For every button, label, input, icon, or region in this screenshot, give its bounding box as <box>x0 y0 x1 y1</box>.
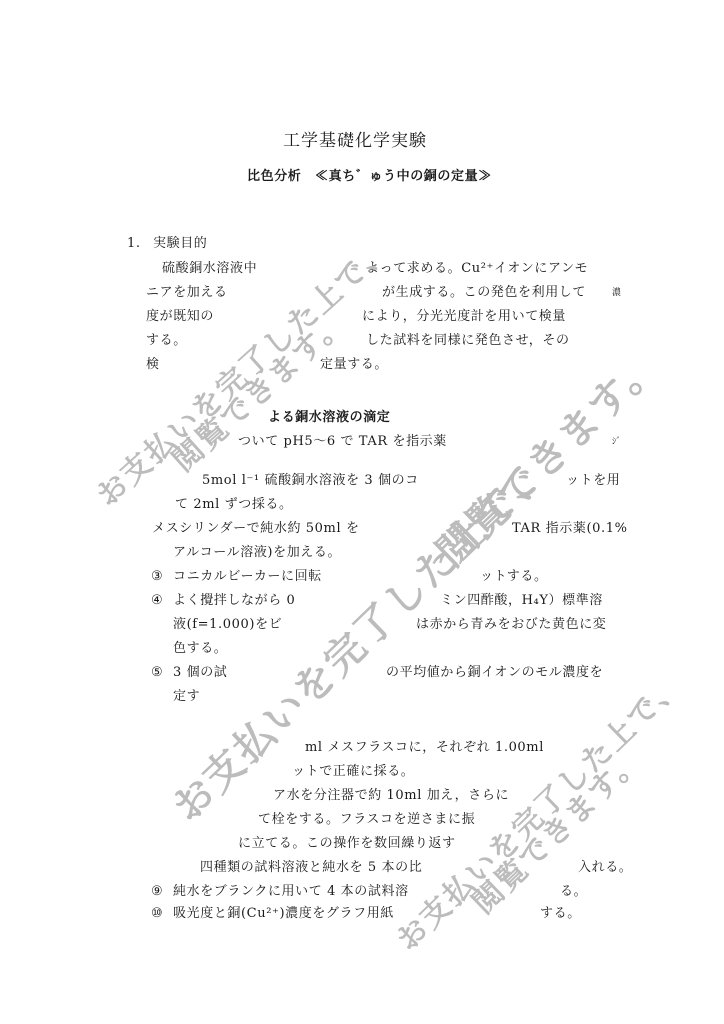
section1-text: 濃 <box>612 285 622 301</box>
page-title: 工学基礎化学実験 <box>283 133 427 149</box>
step-10-text: する。 <box>540 906 581 922</box>
section1-text: 検 <box>146 357 160 373</box>
section1-number: 1. <box>127 236 141 252</box>
step-3-marker: ③ <box>151 569 163 585</box>
section3-text: ml メスフラスコに，それぞれ 1.00ml <box>305 740 544 756</box>
step-4-text: ミン四酢酸，H₄Y）標準溶 <box>440 593 603 609</box>
section1-text: 定量する。 <box>320 357 388 373</box>
section2-heading: よる銅水溶液の滴定 <box>268 410 390 426</box>
section1-text: により，分光光度計を用いて検量 <box>362 309 566 325</box>
watermark-line2: 閲覧できます。 <box>430 343 667 574</box>
step-9-text: る。 <box>560 884 587 900</box>
step-5-text: 定す <box>173 689 200 705</box>
section1-text: する。 <box>146 333 187 349</box>
step-3-text: ットする。 <box>480 569 548 585</box>
step-5-marker: ⑤ <box>151 665 163 681</box>
step-1-text: て 2ml ずつ採る。 <box>175 497 293 513</box>
section1-text: 度が既知の <box>146 309 214 325</box>
step-5-text: 3 個の試 <box>173 665 227 681</box>
step-2-text: アルコール溶液)を加える。 <box>173 545 341 561</box>
watermark-line2: 閲覧できます。 <box>468 744 648 920</box>
step-8-text: 入れる。 <box>578 860 632 876</box>
page-subtitle: 比色分析 ≪真ち゛ゅう中の銅の定量≫ <box>247 169 492 185</box>
section1-heading: 実験目的 <box>153 236 207 252</box>
step-2-text: TAR 指示薬(0.1% <box>512 521 628 537</box>
step-4-text: 色する。 <box>173 641 227 657</box>
watermark-line2: 閲覧できます。 <box>168 307 353 478</box>
step-10-text: 吸光度と銅(Cu²⁺)濃度をグラフ用紙 <box>173 906 394 922</box>
section3-text: ットで正確に採る。 <box>292 764 414 780</box>
section1-text: 硫酸銅水溶液中 <box>162 261 257 277</box>
step-5-text: の平均値から銅イオンのモル濃度を <box>386 665 603 681</box>
section1-text: が生成する。この発色を利用して <box>382 285 586 301</box>
section1-text: した試料を同様に発色させ，その <box>366 333 570 349</box>
step-9-marker: ⑨ <box>151 884 163 900</box>
step-10-marker: ⑩ <box>151 906 163 922</box>
step-2-text: メスシリンダーで純水約 50ml を <box>152 521 360 537</box>
document-page: 工学基礎化学実験 比色分析 ≪真ち゛ゅう中の銅の定量≫ 1. 実験目的 硫酸銅水… <box>0 0 724 1024</box>
step-4-text: 液(f=1.000)をビ <box>173 617 282 633</box>
step-3-text: コニカルビーカーに回転 <box>173 569 322 585</box>
step-1-text: ットを用 <box>566 473 620 489</box>
section3-text: に立てる。この操作を数回繰り返す <box>238 836 456 852</box>
section3-text: て栓をする。フラスコを逆さまに振 <box>258 812 475 828</box>
step-4-marker: ④ <box>151 593 163 609</box>
section3-text: ア水を分注器で約 10ml 加え，さらに <box>273 788 509 804</box>
step-9-text: 純水をブランクに用いて 4 本の試料溶 <box>173 884 409 900</box>
step-8-text: 四種類の試料溶液と純水を 5 本の比 <box>200 860 422 876</box>
step-4-text: よく攪拌しながら 0 <box>173 593 295 609</box>
section1-text: ニアを加える <box>146 285 228 301</box>
step-1-text: 5mol l⁻¹ 硫酸銅水溶液を 3 個のコ <box>202 473 419 489</box>
section1-text: よって求める。Cu²⁺イオンにアンモ <box>366 261 588 277</box>
section2-intro: ついて pH5〜6 で TAR を指示薬 <box>238 434 447 450</box>
section2-intro: ｼﾞ <box>612 434 622 450</box>
step-4-text: は赤から青みをおびた黄色に変 <box>416 617 606 633</box>
